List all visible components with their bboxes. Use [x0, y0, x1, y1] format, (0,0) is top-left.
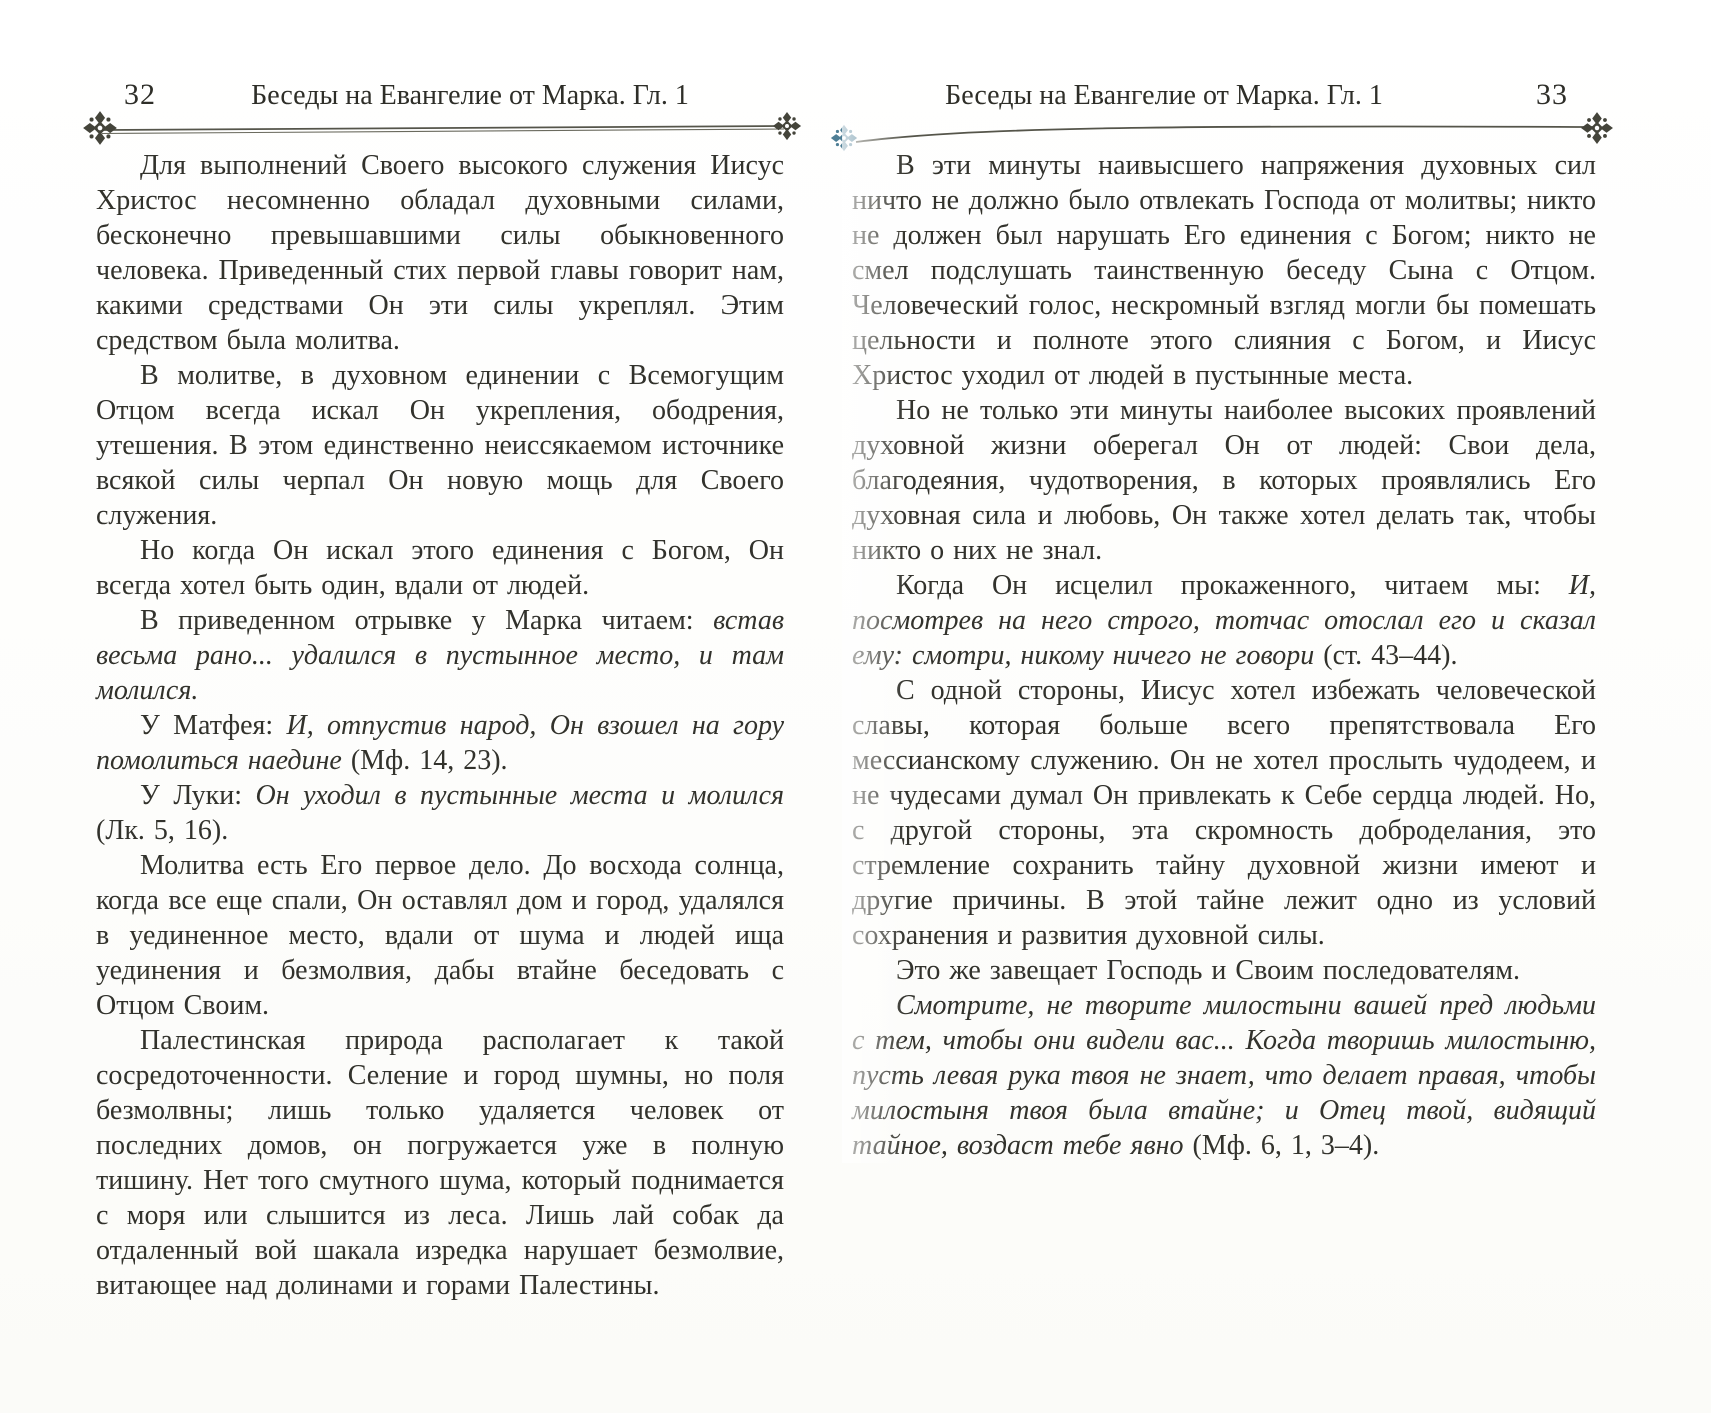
body-text: Палестинская природа располагает к такой…	[96, 1025, 784, 1301]
paragraph: С одной стороны, Иисус хотел избежать че…	[852, 673, 1596, 953]
scripture-quote: Он уходил в пустынные места и молился	[255, 780, 784, 811]
paragraph: Когда Он исцелил прокаженного, читаем мы…	[852, 568, 1596, 673]
body-text: У Луки:	[140, 780, 255, 811]
body-text: Но не только эти минуты наиболее высоких…	[852, 395, 1596, 566]
paragraph: В эти минуты наивысшего напряжения духов…	[852, 148, 1596, 393]
body-text: Молитва есть Его первое дело. До восхода…	[96, 850, 784, 1021]
book-spread: 32 Беседы на Евангелие от Марка. Гл. 1 Д…	[0, 0, 1711, 1413]
header-rule-left	[88, 118, 796, 148]
body-text: (Мф. 6, 1, 3–4).	[1184, 1130, 1380, 1161]
rule-line	[844, 118, 1608, 148]
right-page: Беседы на Евангелие от Марка. Гл. 1 33 В…	[852, 78, 1596, 1163]
body-text: Когда Он исцелил прокаженного, читаем мы…	[896, 570, 1569, 601]
paragraph: Палестинская природа располагает к такой…	[96, 1023, 784, 1303]
cross-ornament-icon	[82, 110, 118, 146]
body-text: В эти минуты наивысшего напряжения духов…	[852, 150, 1596, 391]
paragraph: У Матфея: И, отпустив народ, Он взошел н…	[96, 708, 784, 778]
rule-line	[88, 118, 796, 148]
page-number-right: 33	[1536, 78, 1568, 112]
body-text: (Лк. 5, 16).	[96, 815, 228, 846]
body-text: С одной стороны, Иисус хотел избежать че…	[852, 675, 1596, 951]
body-text: Но когда Он искал этого единения с Богом…	[96, 535, 784, 601]
body-text: (Мф. 14, 23).	[342, 745, 508, 776]
running-title-right: Беседы на Евангелие от Марка. Гл. 1	[852, 80, 1476, 112]
left-page: 32 Беседы на Евангелие от Марка. Гл. 1 Д…	[96, 78, 784, 1303]
left-page-text: Для выполнений Своего высокого служения …	[96, 148, 784, 1303]
running-title-left: Беседы на Евангелие от Марка. Гл. 1	[156, 80, 784, 112]
page-number-left: 32	[124, 78, 156, 112]
paragraph: В молитве, в духовном единении с Всемогу…	[96, 358, 784, 533]
paragraph: Смотрите, не творите милостыни вашей пре…	[852, 988, 1596, 1163]
left-page-header: 32 Беседы на Евангелие от Марка. Гл. 1	[96, 78, 784, 148]
body-text: Для выполнений Своего высокого служения …	[96, 150, 784, 356]
body-text: В молитве, в духовном единении с Всемогу…	[96, 360, 784, 531]
header-rule-right	[844, 118, 1608, 148]
cross-ornament-icon	[1580, 111, 1614, 145]
paragraph: Это же завещает Господь и Своим последов…	[852, 953, 1596, 988]
cross-ornament-icon	[772, 111, 802, 141]
right-page-text: В эти минуты наивысшего напряжения духов…	[852, 148, 1596, 1163]
paragraph: Но когда Он искал этого единения с Богом…	[96, 533, 784, 603]
body-text: В приведенном отрывке у Марка читаем:	[140, 605, 713, 636]
body-text: (ст. 43–44).	[1314, 640, 1457, 671]
paragraph: Для выполнений Своего высокого служения …	[96, 148, 784, 358]
body-text: У Матфея:	[140, 710, 286, 741]
paragraph: В приведенном отрывке у Марка читаем: вс…	[96, 603, 784, 708]
right-page-header: Беседы на Евангелие от Марка. Гл. 1 33	[852, 78, 1596, 148]
body-text: Это же завещает Господь и Своим последов…	[896, 955, 1520, 986]
paragraph: У Луки: Он уходил в пустынные места и мо…	[96, 778, 784, 848]
paragraph: Молитва есть Его первое дело. До восхода…	[96, 848, 784, 1023]
paragraph: Но не только эти минуты наиболее высоких…	[852, 393, 1596, 568]
